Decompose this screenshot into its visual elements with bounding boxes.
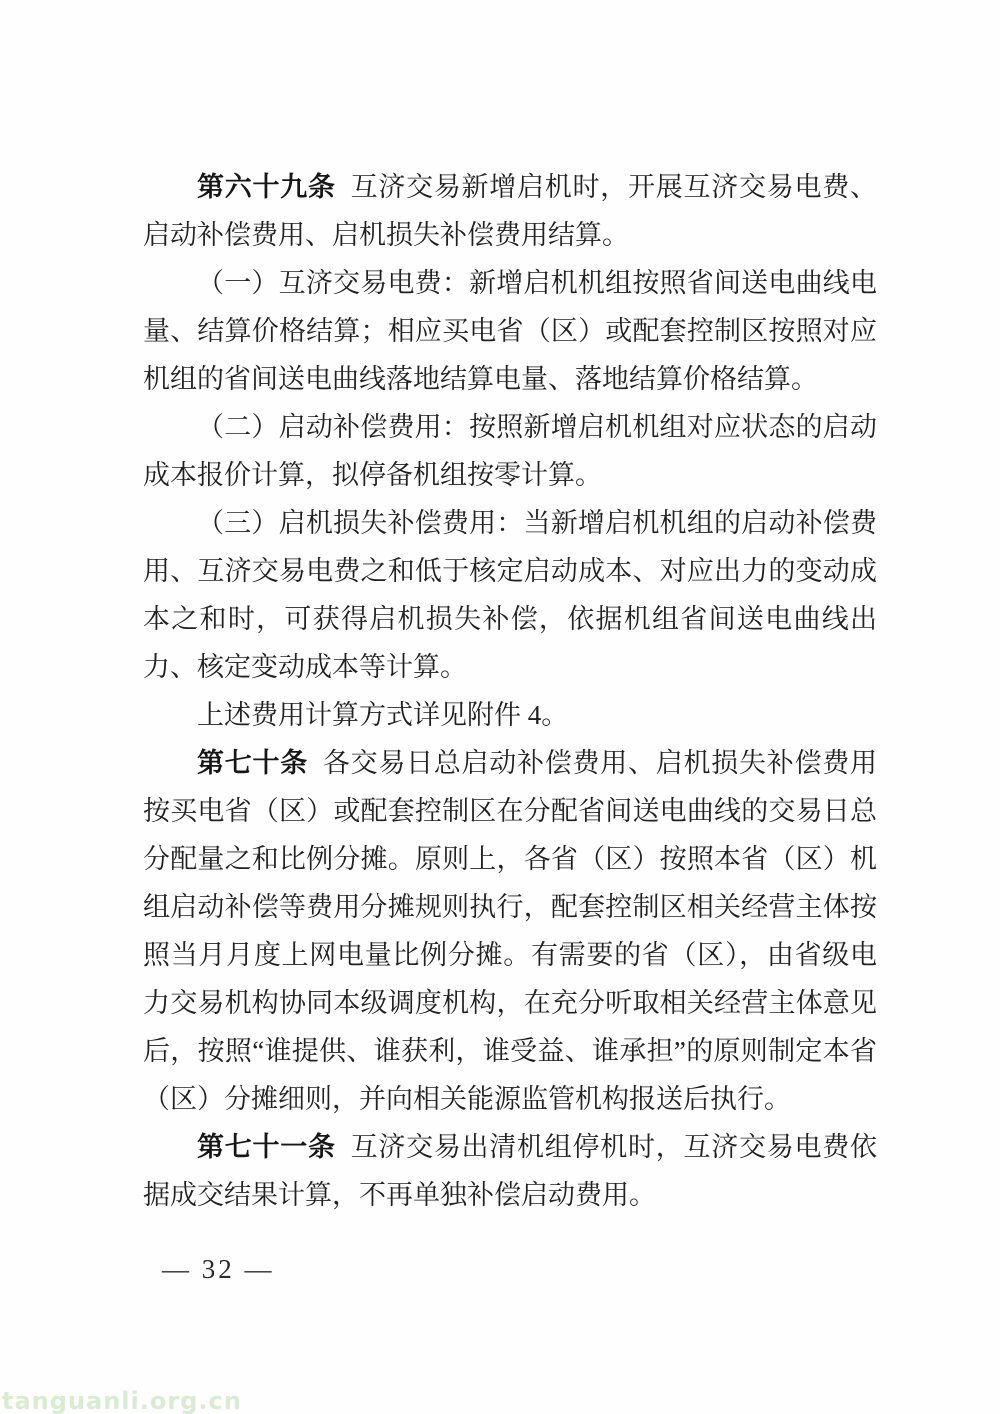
paragraph-text: （二）启动补偿费用：按照新增启机机组对应状态的启动成本报价计算，拟停备机组按零计… — [143, 412, 877, 490]
paragraph-item-1: （一）互济交易电费：新增启机机组按照省间送电曲线电量、结算价格结算；相应买电省（… — [143, 259, 877, 403]
article-71-number: 第七十一条 — [197, 1132, 336, 1162]
paragraph-article-69: 第六十九条互济交易新增启机时，开展互济交易电费、启动补偿费用、启机损失补偿费用结… — [143, 163, 877, 259]
paragraph-article-71: 第七十一条互济交易出清机组停机时，互济交易电费依据成交结果计算，不再单独补偿启动… — [143, 1123, 877, 1219]
paragraph-text: （三）启机损失补偿费用：当新增启机机组的启动补偿费用、互济交易电费之和低于核定启… — [143, 508, 877, 682]
paragraph-item-2: （二）启动补偿费用：按照新增启机机组对应状态的启动成本报价计算，拟停备机组按零计… — [143, 403, 877, 499]
paragraph-note-attachment: 上述费用计算方式详见附件 4。 — [143, 691, 877, 739]
document-page: 第六十九条互济交易新增启机时，开展互济交易电费、启动补偿费用、启机损失补偿费用结… — [0, 0, 1000, 1414]
page-number: — 32 — — [162, 1254, 275, 1285]
article-69-number: 第六十九条 — [197, 172, 336, 202]
paragraph-text: 各交易日总启动补偿费用、启机损失补偿费用按买电省（区）或配套控制区在分配省间送电… — [143, 748, 877, 1114]
article-70-number: 第七十条 — [197, 748, 308, 778]
watermark: tanguanli.org.cn — [2, 1387, 242, 1414]
paragraph-article-70: 第七十条各交易日总启动补偿费用、启机损失补偿费用按买电省（区）或配套控制区在分配… — [143, 739, 877, 1123]
document-body: 第六十九条互济交易新增启机时，开展互济交易电费、启动补偿费用、启机损失补偿费用结… — [143, 163, 877, 1219]
paragraph-text: （一）互济交易电费：新增启机机组按照省间送电曲线电量、结算价格结算；相应买电省（… — [143, 268, 877, 394]
paragraph-item-3: （三）启机损失补偿费用：当新增启机机组的启动补偿费用、互济交易电费之和低于核定启… — [143, 499, 877, 691]
paragraph-text: 上述费用计算方式详见附件 4。 — [197, 700, 568, 730]
